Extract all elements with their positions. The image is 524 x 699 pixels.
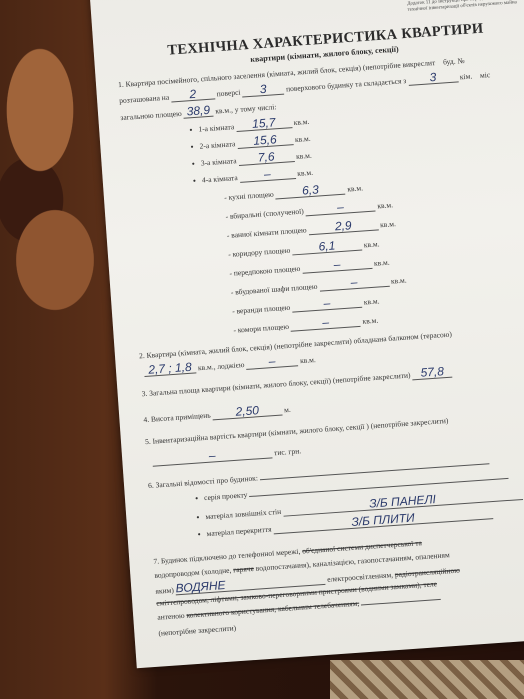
- premise-row: - коридору площею 6,1 кв.м.: [228, 237, 380, 260]
- building-field-label: матеріал зовнішніх стін: [205, 507, 281, 521]
- floor-value: 2: [171, 87, 216, 102]
- loggia-area-value: –: [246, 354, 299, 370]
- premise-unit: кв.м.: [391, 276, 407, 286]
- carpet-background: [330, 660, 524, 699]
- premise-area-value: –: [302, 257, 373, 274]
- premise-area-value: –: [319, 275, 390, 292]
- document-page: Додаток 11 до Інструкції про порядок про…: [88, 0, 524, 668]
- header-note: Додаток 11 до Інструкції про порядок про…: [407, 0, 520, 14]
- premise-unit: кв.м.: [347, 183, 363, 193]
- premise-unit: кв.м.: [362, 316, 378, 326]
- total-apartment-area-value: 57,8: [412, 366, 453, 381]
- building-field-label: матеріал перекриття: [206, 525, 272, 539]
- room-unit: кв.м.: [295, 134, 311, 144]
- room-label: 3-а кімната: [200, 156, 236, 167]
- item4-line: 4. Висота приміщень 2,50 м.: [143, 403, 291, 425]
- premise-area-value: –: [290, 315, 361, 332]
- total-area-value: 38,9: [183, 105, 214, 119]
- item7-note: (непотрібне закреслити): [158, 623, 236, 637]
- premise-row: - веранди площею – кв.м.: [232, 294, 380, 316]
- premise-area-value: 2,9: [308, 218, 379, 235]
- premise-area-value: –: [305, 200, 376, 217]
- inventory-value: –: [152, 446, 273, 466]
- premise-area-value: –: [292, 296, 363, 313]
- premise-row: - вбудованої шафи площею – кв.м.: [230, 274, 407, 298]
- building-field-label: серія проекту: [204, 490, 248, 502]
- room-area-value: 15,6: [237, 133, 294, 149]
- premise-label: - вбиральні (сполученої): [225, 207, 304, 221]
- premise-label: - ванної кімнати площею: [227, 225, 307, 240]
- premise-label: - вбудованої шафи площею: [231, 282, 318, 297]
- premise-label: - кухні площею: [224, 190, 274, 202]
- room-label: 2-а кімната: [199, 139, 235, 150]
- premise-label: - комори площею: [233, 322, 289, 335]
- total-floors-value: 3: [242, 83, 285, 98]
- premise-row: - комори площею – кв.м.: [233, 314, 379, 336]
- room-label: 1-а кімната: [198, 122, 234, 133]
- premise-label: - коридору площею: [228, 246, 291, 259]
- room-row: 4-а кімната – кв.м.: [192, 166, 313, 186]
- ceiling-height-value: 2,50: [212, 404, 283, 421]
- room-area-value: 7,6: [238, 150, 295, 166]
- room-unit: кв.м.: [296, 151, 312, 161]
- premise-unit: кв.м.: [377, 200, 393, 210]
- rooms-count-value: 3: [408, 70, 459, 85]
- premise-label: - веранди площею: [232, 303, 291, 316]
- item5-values: – тис. грн.: [152, 444, 301, 466]
- room-label: 4-а кімната: [202, 173, 238, 184]
- premise-unit: кв.м.: [380, 219, 396, 229]
- premise-unit: кв.м.: [364, 239, 380, 249]
- room-unit: кв.м.: [293, 117, 309, 127]
- premise-unit: кв.м.: [374, 258, 390, 268]
- balcony-area-value: 2,7 ; 1,8: [144, 361, 197, 377]
- premise-area-value: 6,3: [275, 183, 346, 200]
- room-area-value: 15,7: [236, 116, 293, 132]
- premise-unit: кв.м.: [363, 296, 379, 306]
- room-unit: кв.м.: [297, 168, 313, 178]
- room-area-value: –: [239, 167, 296, 183]
- premise-label: - передпокою площею: [229, 264, 300, 278]
- premise-area-value: 6,1: [292, 239, 363, 256]
